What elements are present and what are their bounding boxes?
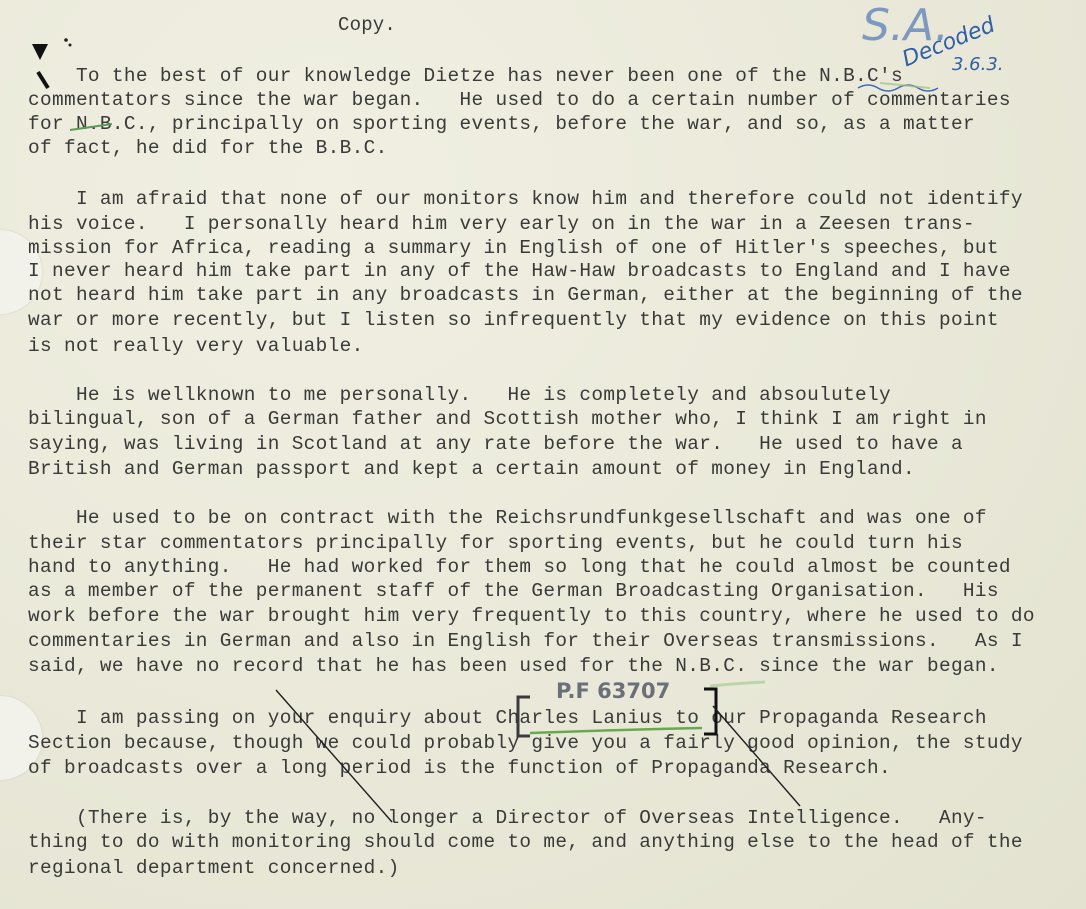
p5-line-2: Section because, though we could probabl… — [28, 731, 1023, 755]
p2-line-5: not heard him take part in any broadcast… — [28, 283, 1023, 307]
p5-line-1: I am passing on your enquiry about Charl… — [28, 706, 987, 730]
p1-line-1: To the best of our knowledge Dietze has … — [28, 64, 903, 88]
p2-line-3: mission for Africa, reading a summary in… — [28, 236, 999, 260]
p6-line-2: thing to do with monitoring should come … — [28, 830, 1023, 854]
document-page: Copy. To the best of our knowledge Dietz… — [0, 0, 1086, 909]
p6-line-3: regional department concerned.) — [28, 856, 400, 880]
p2-line-4: I never heard him take part in any of th… — [28, 259, 1011, 283]
p3-line-3: saying, was living in Scotland at any ra… — [28, 432, 963, 456]
document-title: Copy. — [338, 14, 396, 36]
p4-line-2: their star commentators principally for … — [28, 531, 963, 555]
signature-date: 3.6.3. — [952, 54, 1004, 75]
p1-line-4: of fact, he did for the B.B.C. — [28, 136, 388, 160]
p2-line-6: war or more recently, but I listen so in… — [28, 308, 999, 332]
p4-line-6: commentaries in German and also in Engli… — [28, 629, 1023, 653]
p3-line-4: British and German passport and kept a c… — [28, 457, 915, 481]
p4-line-3: hand to anything. He had worked for them… — [28, 555, 1011, 579]
p2-line-7: is not really very valuable. — [28, 334, 364, 358]
p2-line-1: I am afraid that none of our monitors kn… — [28, 187, 1023, 211]
p2-line-2: his voice. I personally heard him very e… — [28, 212, 975, 236]
p6-line-1: (There is, by the way, no longer a Direc… — [28, 806, 987, 830]
file-reference: P.F 63707 — [556, 679, 670, 703]
p4-line-7: said, we have no record that he has been… — [28, 654, 999, 678]
p3-line-1: He is wellknown to me personally. He is … — [28, 383, 891, 407]
p5-line-3: of broadcasts over a long period is the … — [28, 756, 891, 780]
p1-line-2: commentators since the war began. He use… — [28, 88, 1011, 112]
p3-line-2: bilingual, son of a German father and Sc… — [28, 407, 987, 431]
p1-line-3: for N.B.C., principally on sporting even… — [28, 112, 975, 136]
p4-line-4: as a member of the permanent staff of th… — [28, 579, 999, 603]
p4-line-5: work before the war brought him very fre… — [28, 604, 1035, 628]
p4-line-1: He used to be on contract with the Reich… — [28, 506, 987, 530]
